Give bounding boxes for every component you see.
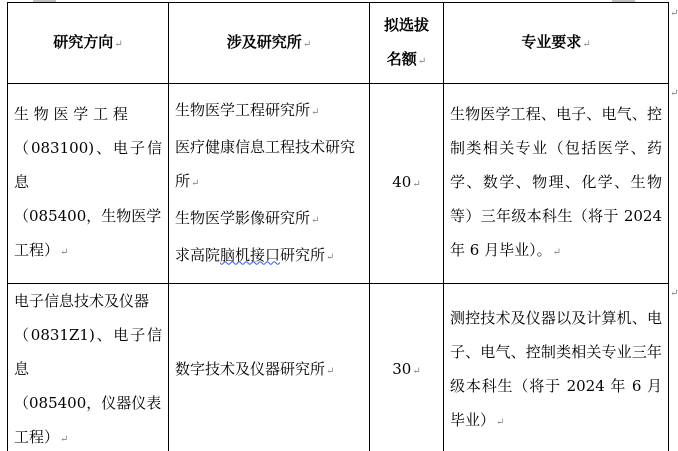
cell-institutes: 生物医学工程研究所↵ 医疗健康信息工程技术研究所↵ 生物医学影像研究所↵ 求高院… <box>169 84 370 284</box>
row-end-mark: ↵ <box>670 288 678 299</box>
header-quota: 拟选拔名额↵ <box>370 3 444 84</box>
cell-quota: 40↵ <box>370 84 444 284</box>
table-row: 电子信息技术及仪器 （0831Z1)、电子信息 （085400，仪器仪表 工程）… <box>8 284 669 451</box>
row-end-mark: ↵ <box>670 88 678 99</box>
header-requirements: 专业要求↵ <box>444 3 669 84</box>
recruitment-table: 研究方向↵ 涉及研究所↵ 拟选拔名额↵ 专业要求↵ 生 物 医 学 工 程 （0… <box>7 2 669 451</box>
cell-requirements: 生物医学工程、电子、电气、控制类相关专业（包括医学、药学、数学、物理、化学、生物… <box>444 84 669 284</box>
header-institutes: 涉及研究所↵ <box>169 3 370 84</box>
header-direction: 研究方向↵ <box>8 3 169 84</box>
spellcheck-flag[interactable]: 脑机接口 <box>220 246 280 264</box>
cell-direction: 电子信息技术及仪器 （0831Z1)、电子信息 （085400，仪器仪表 工程）… <box>8 284 169 451</box>
cell-requirements: 测控技术及仪器以及计算机、电子、电气、控制类相关专业三年级本科生（将于 2024… <box>444 284 669 451</box>
cell-institutes: 数字技术及仪器研究所↵ <box>169 284 370 451</box>
table-row: 生 物 医 学 工 程 （083100)、电子信息 （085400，生物医学 工… <box>8 84 669 284</box>
cell-quota: 30↵ <box>370 284 444 451</box>
cell-direction: 生 物 医 学 工 程 （083100)、电子信息 （085400，生物医学 工… <box>8 84 169 284</box>
row-end-mark: ↵ <box>670 8 678 19</box>
table-header-row: 研究方向↵ 涉及研究所↵ 拟选拔名额↵ 专业要求↵ <box>8 3 669 84</box>
